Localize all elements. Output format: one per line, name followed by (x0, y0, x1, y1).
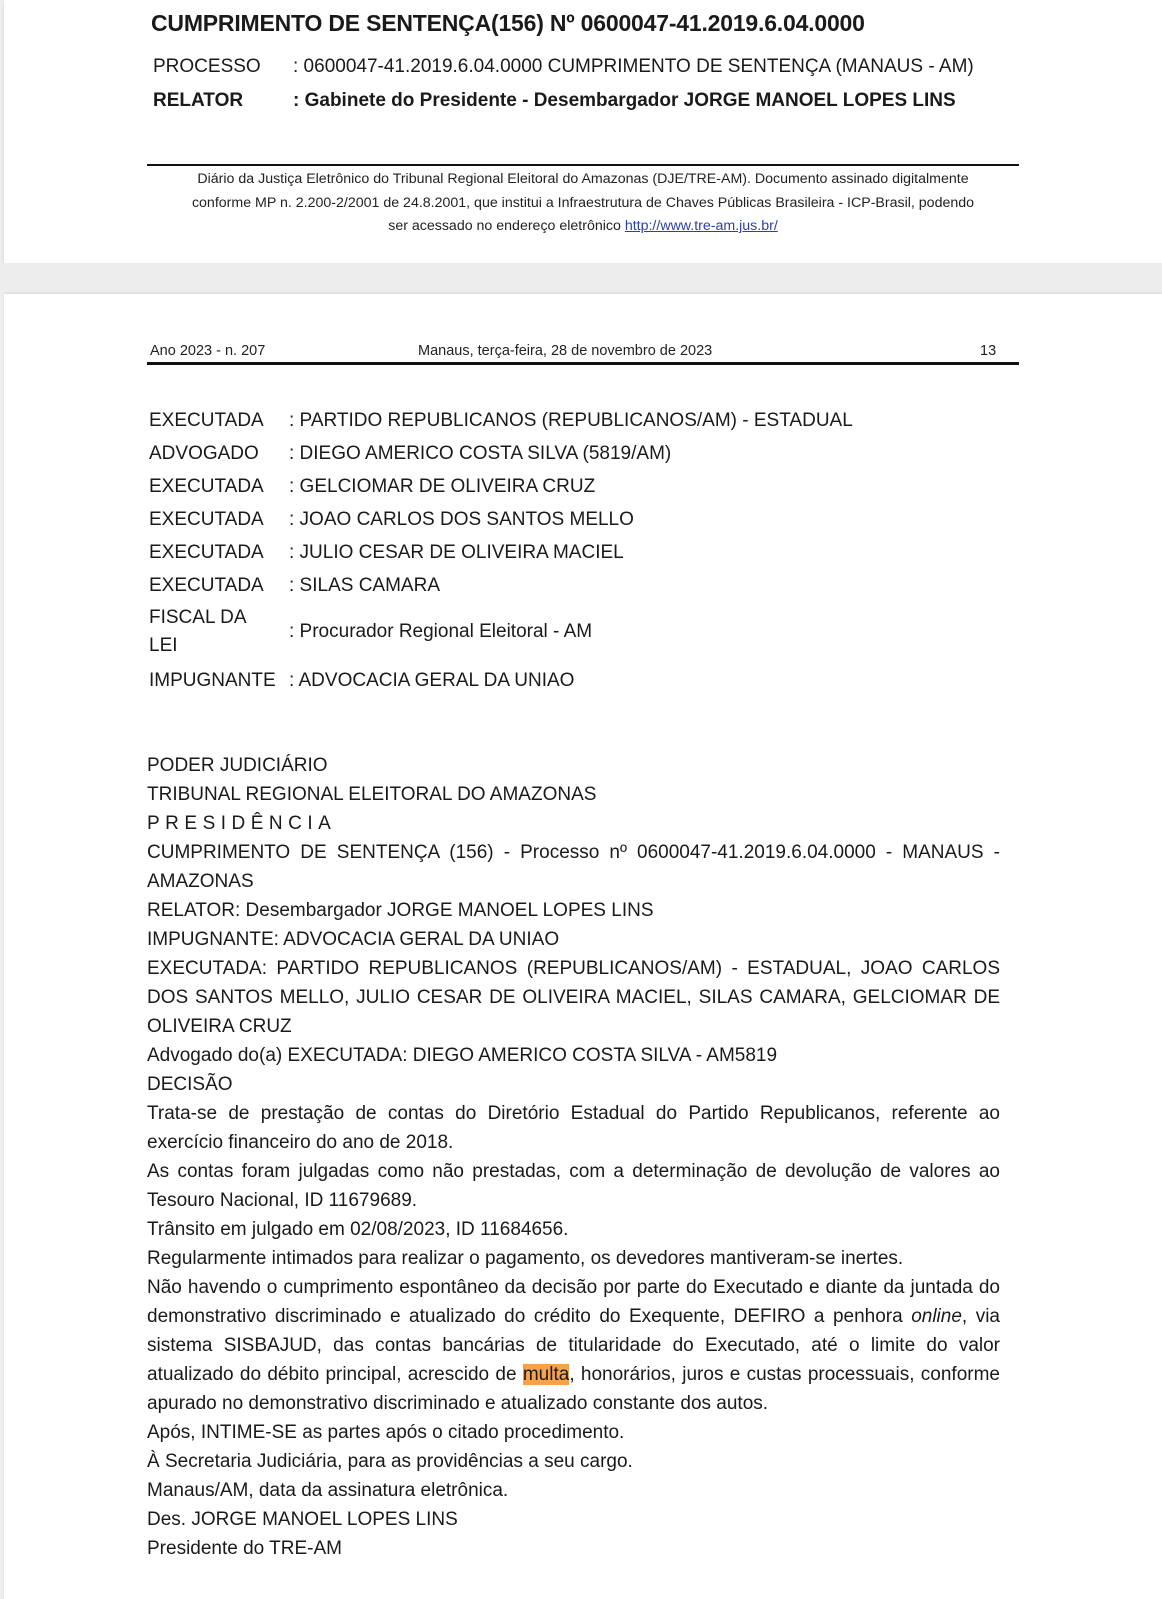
advogado-line: Advogado do(a) EXECUTADA: DIEGO AMERICO … (147, 1041, 1000, 1070)
party-label: IMPUGNANTE (149, 667, 289, 695)
signature-name: Des. JORGE MANOEL LOPES LINS (147, 1505, 1000, 1534)
header-date: Manaus, terça-feira, 28 de novembro de 2… (418, 343, 712, 359)
presidencia-heading: PRESIDÊNCIA (147, 809, 1000, 838)
paragraph-5: Não havendo o cumprimento espontâneo da … (147, 1273, 1000, 1418)
party-row: FISCAL DA LEI: Procurador Regional Eleit… (149, 602, 1009, 662)
processo-label: PROCESSO (153, 56, 293, 78)
decisao-heading: DECISÃO (147, 1070, 1000, 1099)
footer-line-2: conforme MP n. 2.200-2/2001 de 24.8.2001… (147, 192, 1019, 216)
party-value: : JULIO CESAR DE OLIVEIRA MACIEL (289, 542, 1009, 564)
paragraph-2: As contas foram julgadas como não presta… (147, 1157, 1000, 1215)
dje-footer-note: Diário da Justiça Eletrônico do Tribunal… (147, 168, 1019, 239)
header-divider (147, 362, 1019, 365)
p5-text-a: Não havendo o cumprimento espontâneo da … (147, 1277, 1000, 1327)
footer-line-3-text: ser acessado no endereço eletrônico (388, 218, 625, 234)
p5-italic-online: online (911, 1306, 962, 1327)
document-title: CUMPRIMENTO DE SENTENÇA(156) Nº 0600047-… (151, 10, 865, 37)
party-label: EXECUTADA (149, 539, 289, 567)
party-value: : DIEGO AMERICO COSTA SILVA (5819/AM) (289, 443, 1009, 465)
party-row: IMPUGNANTE: ADVOCACIA GERAL DA UNIAO (149, 664, 1009, 697)
party-value: : JOAO CARLOS DOS SANTOS MELLO (289, 509, 1009, 531)
page-gap (0, 263, 1162, 294)
party-row: EXECUTADA: JULIO CESAR DE OLIVEIRA MACIE… (149, 536, 1009, 569)
party-value: : ADVOCACIA GERAL DA UNIAO (289, 670, 1009, 692)
party-value: : PARTIDO REPUBLICANOS (REPUBLICANOS/AM)… (289, 410, 1009, 432)
party-label: EXECUTADA (149, 506, 289, 534)
footer-divider (147, 164, 1019, 166)
relator-row: RELATOR: Gabinete do Presidente - Desemb… (153, 90, 956, 112)
signature-title: Presidente do TRE-AM (147, 1534, 1000, 1563)
paragraph-1: Trata-se de prestação de contas do Diret… (147, 1099, 1000, 1157)
paragraph-8: Manaus/AM, data da assinatura eletrônica… (147, 1476, 1000, 1505)
paragraph-7: À Secretaria Judiciária, para as providê… (147, 1447, 1000, 1476)
header-issue: Ano 2023 - n. 207 (150, 343, 265, 359)
page-2: Ano 2023 - n. 207 Manaus, terça-feira, 2… (4, 294, 1162, 1599)
impugnante-line: IMPUGNANTE: ADVOCACIA GERAL DA UNIAO (147, 925, 1000, 954)
footer-line-3: ser acessado no endereço eletrônico http… (147, 215, 1019, 239)
party-label: ADVOGADO (149, 440, 289, 468)
tribunal-name: TRIBUNAL REGIONAL ELEITORAL DO AMAZONAS (147, 780, 1000, 809)
tre-am-link[interactable]: http://www.tre-am.jus.br/ (625, 218, 778, 234)
case-identifier: CUMPRIMENTO DE SENTENÇA (156) - Processo… (147, 838, 1000, 896)
paragraph-3: Trânsito em julgado em 02/08/2023, ID 11… (147, 1215, 1000, 1244)
party-value: : Procurador Regional Eleitoral - AM (289, 621, 1009, 643)
party-label: EXECUTADA (149, 407, 289, 435)
party-label: FISCAL DA LEI (149, 604, 289, 660)
party-row: EXECUTADA: SILAS CAMARA (149, 569, 1009, 602)
party-row: EXECUTADA: GELCIOMAR DE OLIVEIRA CRUZ (149, 470, 1009, 503)
processo-row: PROCESSO: 0600047-41.2019.6.04.0000 CUMP… (153, 56, 974, 78)
relator-line: RELATOR: Desembargador JORGE MANOEL LOPE… (147, 896, 1000, 925)
processo-value: : 0600047-41.2019.6.04.0000 CUMPRIMENTO … (293, 56, 974, 77)
highlighted-word-multa: multa (523, 1364, 569, 1385)
header-page-number: 13 (980, 343, 996, 359)
party-row: EXECUTADA: JOAO CARLOS DOS SANTOS MELLO (149, 503, 1009, 536)
poder-judiciario: PODER JUDICIÁRIO (147, 751, 1000, 780)
decision-body: PODER JUDICIÁRIO TRIBUNAL REGIONAL ELEIT… (147, 751, 1000, 1563)
paragraph-4: Regularmente intimados para realizar o p… (147, 1244, 1000, 1273)
relator-label: RELATOR (153, 90, 293, 112)
parties-list: EXECUTADA: PARTIDO REPUBLICANOS (REPUBLI… (149, 404, 1009, 697)
party-value: : SILAS CAMARA (289, 575, 1009, 597)
party-label: EXECUTADA (149, 572, 289, 600)
party-label: EXECUTADA (149, 473, 289, 501)
party-row: ADVOGADO: DIEGO AMERICO COSTA SILVA (581… (149, 437, 1009, 470)
paragraph-6: Após, INTIME-SE as partes após o citado … (147, 1418, 1000, 1447)
party-value: : GELCIOMAR DE OLIVEIRA CRUZ (289, 476, 1009, 498)
executada-line: EXECUTADA: PARTIDO REPUBLICANOS (REPUBLI… (147, 954, 1000, 1041)
page-1: CUMPRIMENTO DE SENTENÇA(156) Nº 0600047-… (4, 0, 1162, 263)
relator-value: : Gabinete do Presidente - Desembargador… (293, 90, 956, 111)
footer-line-1: Diário da Justiça Eletrônico do Tribunal… (147, 168, 1019, 192)
party-row: EXECUTADA: PARTIDO REPUBLICANOS (REPUBLI… (149, 404, 1009, 437)
